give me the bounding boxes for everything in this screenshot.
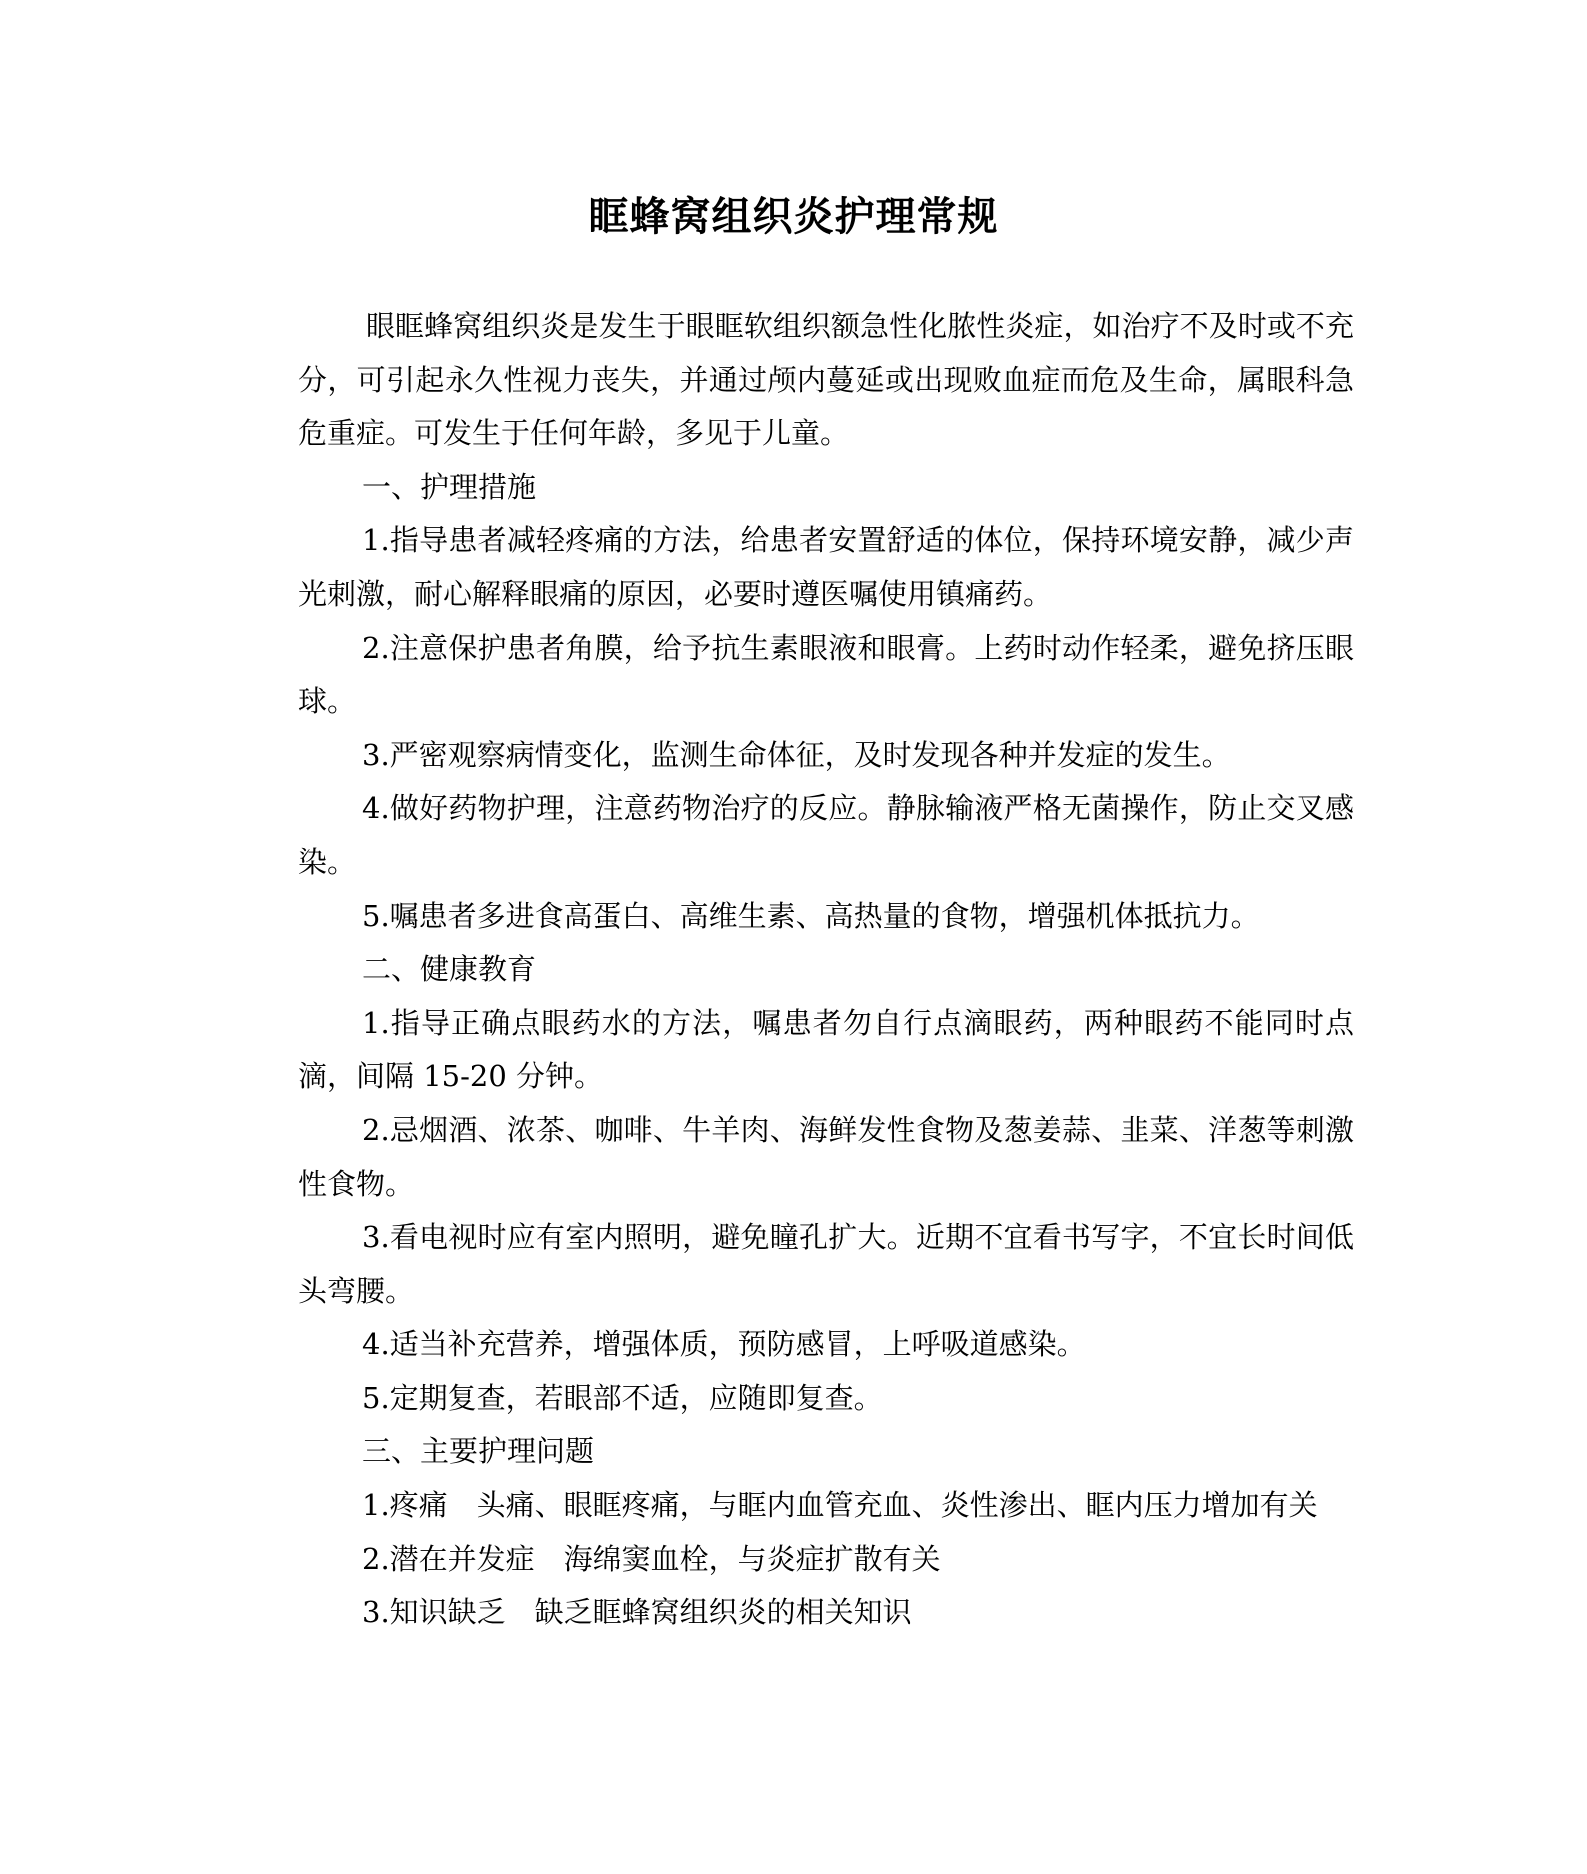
health-education-item: 2.忌烟酒、浓茶、咖啡、牛羊肉、海鲜发性食物及葱姜蒜、韭菜、洋葱等刺激性食物。	[298, 1104, 1354, 1211]
nursing-problem-item: 2.潜在并发症 海绵窦血栓，与炎症扩散有关	[298, 1533, 1354, 1587]
document-body: 眼眶蜂窝组织炎是发生于眼眶软组织额急性化脓性炎症，如治疗不及时或不充分，可引起永…	[298, 300, 1354, 1640]
nursing-measure-item: 1.指导患者减轻疼痛的方法，给患者安置舒适的体位，保持环境安静，减少声光刺激，耐…	[298, 514, 1354, 621]
health-education-item: 5.定期复查，若眼部不适，应随即复查。	[298, 1372, 1354, 1426]
nursing-measure-item: 4.做好药物护理，注意药物治疗的反应。静脉输液严格无菌操作，防止交叉感染。	[298, 782, 1354, 889]
health-education-item: 1.指导正确点眼药水的方法，嘱患者勿自行点滴眼药，两种眼药不能同时点滴，间隔 1…	[298, 997, 1354, 1104]
intro-paragraph: 眼眶蜂窝组织炎是发生于眼眶软组织额急性化脓性炎症，如治疗不及时或不充分，可引起永…	[298, 300, 1354, 461]
section-heading-nursing-measures: 一、护理措施	[298, 461, 1354, 515]
nursing-measure-item: 3.严密观察病情变化，监测生命体征，及时发现各种并发症的发生。	[298, 729, 1354, 783]
health-education-item: 3.看电视时应有室内照明，避免瞳孔扩大。近期不宜看书写字，不宜长时间低头弯腰。	[298, 1211, 1354, 1318]
health-education-item: 4.适当补充营养，增强体质，预防感冒，上呼吸道感染。	[298, 1318, 1354, 1372]
section-heading-nursing-problems: 三、主要护理问题	[298, 1425, 1354, 1479]
document-page: 眶蜂窝组织炎护理常规 眼眶蜂窝组织炎是发生于眼眶软组织额急性化脓性炎症，如治疗不…	[0, 0, 1587, 1874]
nursing-problem-item: 3.知识缺乏 缺乏眶蜂窝组织炎的相关知识	[298, 1586, 1354, 1640]
nursing-measure-item: 2.注意保护患者角膜，给予抗生素眼液和眼膏。上药时动作轻柔，避免挤压眼球。	[298, 622, 1354, 729]
nursing-measure-item: 5.嘱患者多进食高蛋白、高维生素、高热量的食物，增强机体抵抗力。	[298, 890, 1354, 944]
document-title: 眶蜂窝组织炎护理常规	[0, 190, 1587, 244]
section-heading-health-education: 二、健康教育	[298, 943, 1354, 997]
nursing-problem-item: 1.疼痛 头痛、眼眶疼痛，与眶内血管充血、炎性渗出、眶内压力增加有关	[298, 1479, 1354, 1533]
